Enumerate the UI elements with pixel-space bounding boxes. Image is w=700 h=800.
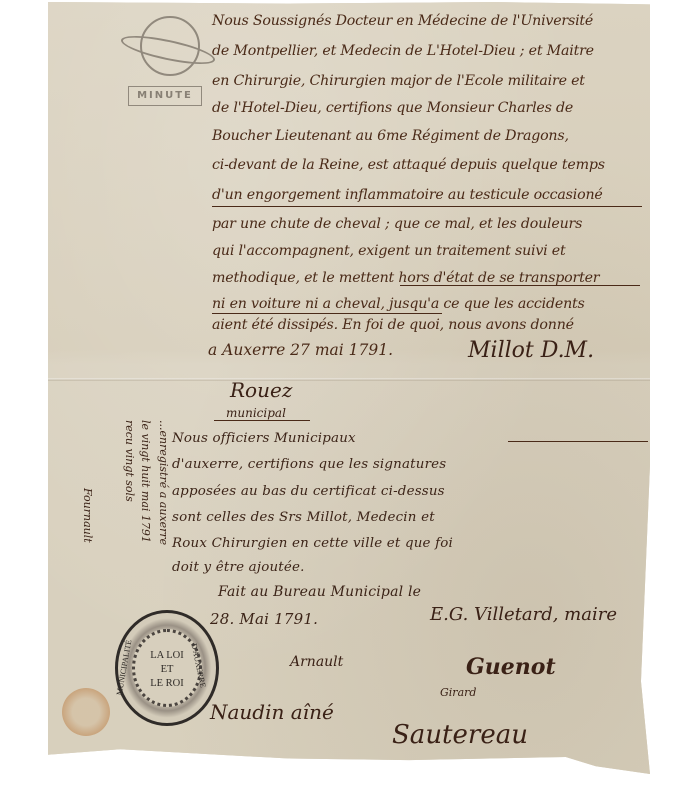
certificate-line: methodique, et le mettent hors d'état de… xyxy=(212,271,599,285)
certificate-place-date: a Auxerre 27 mai 1791. xyxy=(208,343,393,359)
annotation-flourish xyxy=(214,420,310,421)
certificate-line: d'un engorgement inflammatoire au testic… xyxy=(212,188,603,202)
underline xyxy=(212,206,642,207)
certificate-line: de Montpellier, et Medecin de L'Hotel-Di… xyxy=(212,44,594,58)
certificate-line: aient été dissipés. En foi de quoi, nous… xyxy=(212,318,574,332)
margin-note-line: le vingt huit mai 1791 xyxy=(139,420,152,543)
signature-arnault: Arnault xyxy=(290,654,343,670)
underline xyxy=(212,313,442,314)
attestation-line: sont celles des Srs Millot, Medecin et xyxy=(172,511,435,524)
certificate-line: Nous Soussignés Docteur en Médecine de l… xyxy=(212,14,593,28)
signature-guenot: Guenot xyxy=(466,654,556,680)
tax-stamp-label: MINUTE xyxy=(128,86,202,106)
tax-stamp: MINUTE xyxy=(112,12,216,112)
annotation-sub: municipal xyxy=(226,406,286,420)
attestation-line: Nous officiers Municipaux xyxy=(172,432,356,445)
line-filler xyxy=(508,441,648,442)
signature-naudin: Naudin aîné xyxy=(210,700,334,724)
signature-millot: Millot D.M. xyxy=(468,338,594,363)
attestation-line: d'auxerre, certifions que les signatures xyxy=(172,458,446,471)
paper-fold xyxy=(48,378,650,381)
municipal-seal: LA LOI ET LE ROI MUNICIPALITÉ D'AUXERRE xyxy=(115,610,219,726)
margin-note-signature: Fournault xyxy=(81,488,94,543)
certificate-line: ni en voiture ni a cheval, jusqu'a ce qu… xyxy=(212,297,585,311)
signature-sautereau: Sautereau xyxy=(392,720,528,750)
certificate-line: de l'Hotel-Dieu, certifions que Monsieur… xyxy=(212,101,573,115)
attestation-date: 28. Mai 1791. xyxy=(210,612,318,627)
certificate-line: Boucher Lieutenant au 6me Régiment de Dr… xyxy=(212,129,569,143)
attestation-line: doit y être ajoutée. xyxy=(172,561,305,574)
annotation-name: Rouez xyxy=(230,378,292,402)
certificate-line: qui l'accompagnent, exigent un traitemen… xyxy=(212,244,566,258)
margin-note-line: recu vingt sols xyxy=(123,420,136,502)
certificate-line: ci-devant de la Reine, est attaqué depui… xyxy=(212,158,605,172)
certificate-line: en Chirurgie, Chirurgien major de l'Ecol… xyxy=(212,74,585,88)
signature-girard: Girard xyxy=(440,686,476,699)
signature-villetard: E.G. Villetard, maire xyxy=(430,604,617,625)
certificate-line: par une chute de cheval ; que ce mal, et… xyxy=(212,217,582,231)
underline xyxy=(400,285,640,286)
attestation-line: apposées au bas du certificat ci-dessus xyxy=(172,485,445,498)
attestation-line: Roux Chirurgien en cette ville et que fo… xyxy=(172,537,453,550)
margin-note-line: ...enregistré a auxerre xyxy=(157,420,170,545)
attestation-line: Fait au Bureau Municipal le xyxy=(218,585,421,599)
water-stain xyxy=(62,688,110,736)
